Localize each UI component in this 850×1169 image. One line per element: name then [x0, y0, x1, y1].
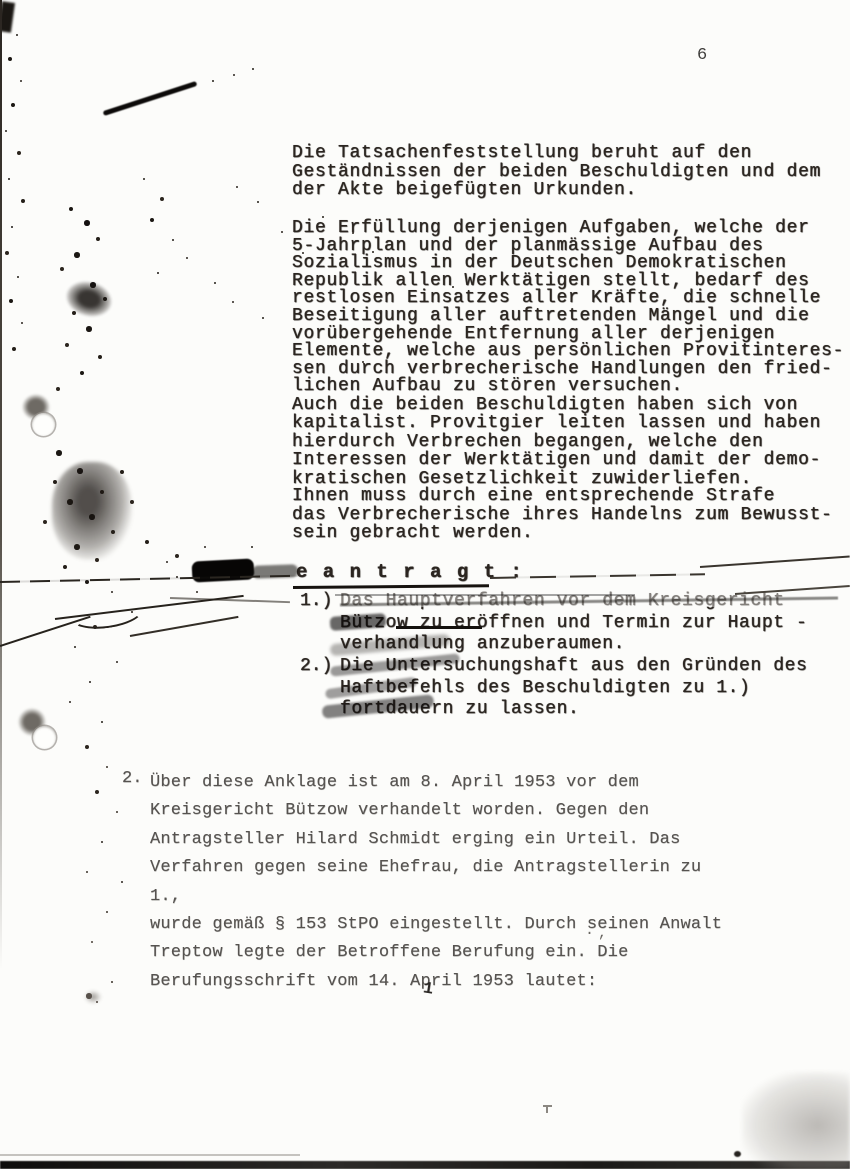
underline-motion-heading — [293, 584, 489, 589]
toner-speckles-bottom-left — [0, 700, 2, 702]
toner-streak-diagonal — [103, 81, 198, 116]
smudge-bottom-right — [742, 1072, 850, 1169]
toner-speckles-top-left — [0, 0, 2, 2]
typed-paragraph-punishment: Ihnen muss durch eine entsprechende Stra… — [292, 487, 850, 543]
scribble-diagonal-1 — [55, 595, 244, 620]
punch-hole-bottom — [33, 726, 56, 749]
typed-paragraph-accused: Auch die beiden Beschuldigten haben sich… — [292, 396, 850, 488]
scan-edge-bottom-faint — [0, 1154, 300, 1156]
scribble-curve — [68, 593, 145, 633]
faint-mark-horizontal — [543, 1105, 552, 1107]
narrative-paragraph: 2. Über diese Anklage ist am 8. April 19… — [122, 769, 742, 996]
stray-ink-dots: ·, — [585, 925, 611, 942]
motion-item-2-number: 2.) — [300, 656, 340, 721]
motion-heading: e a n t r a g t : — [296, 561, 524, 583]
punch-hole-shadow-top — [22, 394, 50, 420]
typed-paragraph-five-year-plan: Die Erfüllung derjenigen Aufgaben, welch… — [292, 220, 850, 396]
toner-corner-blob — [0, 1, 15, 33]
scribble-diagonal-3 — [130, 616, 239, 637]
narrative-number: 2. — [122, 769, 150, 996]
motion-item-1: 1.) Das Hauptverfahren vor dem Kreisgeri… — [300, 591, 840, 656]
scan-edge-left — [0, 0, 2, 970]
typed-paragraph-facts: Die Tatsachenfeststellung beruht auf den… — [292, 144, 850, 200]
scan-edge-bottom — [0, 1161, 850, 1169]
motion-item-2-text: Die Untersuchungshaft aus den Gründen de… — [340, 656, 807, 721]
strikethrough-line-left — [0, 575, 298, 583]
narrative-text: Über diese Anklage ist am 8. April 1953 … — [150, 769, 742, 996]
ink-blob-redaction — [191, 558, 254, 582]
strikethrough-line-right-upper — [700, 556, 850, 568]
punch-hole-shadow-bottom — [18, 708, 46, 736]
toner-blotch-upper — [62, 277, 115, 322]
motion-item-2: 2.) Die Untersuchungshaft aus den Gründe… — [300, 656, 840, 721]
toner-speckles-mid-left — [0, 400, 2, 402]
faint-mark-vertical — [546, 1105, 548, 1113]
scanned-document-page: 6 Die Tatsachenfeststellung beruht auf d… — [0, 0, 850, 1169]
stray-ink-mark: 1 — [422, 979, 435, 999]
scribble-line-short — [170, 597, 290, 603]
scribble-diagonal-2 — [0, 616, 91, 647]
page-number: 6 — [697, 46, 707, 65]
ink-blob-echo — [252, 564, 298, 579]
motion-item-1-number: 1.) — [300, 591, 340, 656]
ink-dot-bottom-right — [734, 1151, 741, 1157]
toner-blotch-lower — [84, 990, 102, 1004]
motion-item-1-text: Das Hauptverfahren vor dem Kreisgericht … — [340, 591, 807, 656]
punch-hole-top — [32, 413, 55, 436]
toner-blotch-middle — [52, 462, 132, 560]
